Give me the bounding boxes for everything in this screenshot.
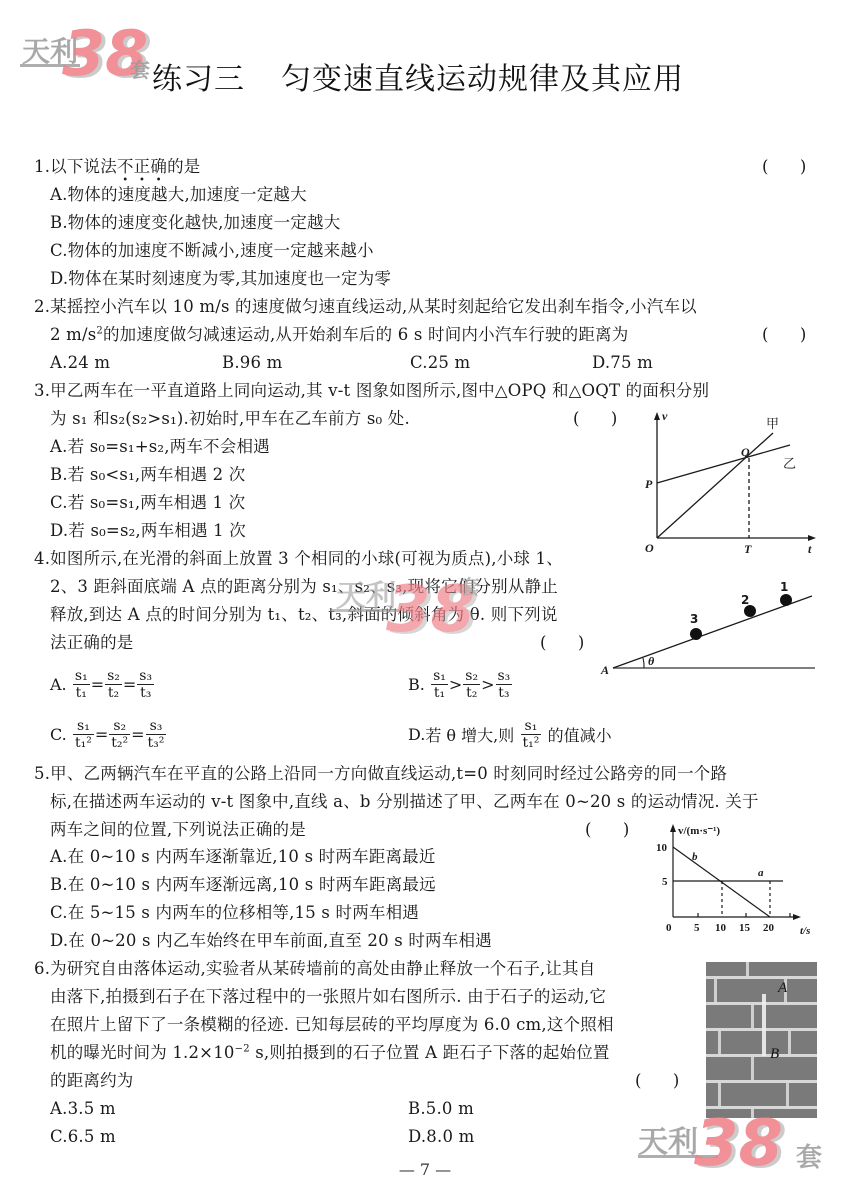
x-tick-5: 5 <box>694 922 700 934</box>
q5-option-c[interactable]: C.在 5~15 s 内两车的位移相等,15 s 时两车相遇 <box>50 903 419 923</box>
option-text: 若 s₀=s₂,两车相遇 1 次 <box>68 521 246 540</box>
fraction: s₃t₃ <box>496 668 513 701</box>
watermark-underline <box>20 64 80 67</box>
numerator: s₃ <box>137 668 154 685</box>
axis-label-v: v <box>662 409 668 423</box>
option-label: C. <box>410 353 428 372</box>
watermark-suffix: 套 <box>130 54 150 83</box>
q1-answer-blank[interactable]: ( ) <box>762 157 806 177</box>
q3-answer-blank[interactable]: ( ) <box>573 409 617 429</box>
q5-stem-line3: 两车之间的位置,下列说法正确的是 <box>50 820 306 840</box>
point-t: T <box>744 542 752 556</box>
q5-stem-line1: 5.甲、乙两辆汽车在平直的公路上沿同一方向做直线运动,t=0 时刻同时经过公路旁… <box>34 764 727 784</box>
option-label: A. <box>50 353 68 372</box>
page-number: — 7 — <box>365 1160 485 1179</box>
watermark-underline <box>638 1155 718 1158</box>
option-text: 若 s₀<s₁,两车相遇 2 次 <box>68 465 246 484</box>
option-label: D. <box>408 1127 426 1146</box>
q4-stem-line1: 4.如图所示,在光滑的斜面上放置 3 个相同的小球(可视为质点),小球 1、 <box>34 549 563 569</box>
fraction: s₃t₃ <box>137 668 154 701</box>
q4-option-d[interactable]: D.若 θ 增大,则 s₁t₁² 的值减小 <box>408 718 612 751</box>
y-tick-5: 5 <box>662 876 668 888</box>
q3-option-d[interactable]: D.若 s₀=s₂,两车相遇 1 次 <box>50 521 246 541</box>
numerator: s₂ <box>463 668 480 685</box>
denominator: t₃ <box>496 685 513 701</box>
option-label: B. <box>408 675 425 694</box>
point-q: Q <box>741 445 750 459</box>
denominator: t₁ <box>73 685 90 701</box>
q1-stem-pre: 以下说法 <box>50 157 117 176</box>
option-label: B. <box>222 353 240 372</box>
q2-option-b[interactable]: B.96 m <box>222 353 282 373</box>
q3-stem-text: 为 s₁ 和s₂(s₂>s₁).初始时,甲车在乙车前方 s₀ 处. <box>50 409 410 428</box>
relation: = <box>123 675 136 694</box>
option-text: 25 m <box>428 353 471 372</box>
q1-option-a[interactable]: A.物体的速度越大,加速度一定越大 <box>50 185 307 205</box>
option-text: 若 s₀=s₁,两车相遇 1 次 <box>68 493 246 512</box>
line-label-b: b <box>692 851 698 863</box>
option-label: C. <box>50 1127 68 1146</box>
q4-stem-text: 法正确的是 <box>50 633 134 652</box>
q3-option-b[interactable]: B.若 s₀<s₁,两车相遇 2 次 <box>50 465 245 485</box>
q6-stem-text: 的距离约为 <box>50 1071 134 1090</box>
option-label: D. <box>408 725 425 744</box>
watermark-bottom: 天利 38 套 <box>638 1105 838 1195</box>
q6-stem-line1: 6.为研究自由落体运动,实验者从某砖墙前的高处由静止释放一个石子,让其自 <box>34 959 595 979</box>
option-text: 物体的速度变化越快,加速度一定越大 <box>68 213 341 232</box>
option-label: A. <box>50 185 68 204</box>
q3-stem-line2: 为 s₁ 和s₂(s₂>s₁).初始时,甲车在乙车前方 s₀ 处. <box>50 409 410 429</box>
q2-option-c[interactable]: C.25 m <box>410 353 470 373</box>
q1-option-c[interactable]: C.物体的加速度不断减小,速度一定越来越小 <box>50 241 374 261</box>
option-label: B. <box>408 1099 426 1118</box>
watermark-suffix: 套 <box>796 1137 822 1174</box>
q6-option-c[interactable]: C.6.5 m <box>50 1127 116 1147</box>
fraction: s₂t₂ <box>463 668 480 701</box>
option-label: A. <box>50 1099 68 1118</box>
q6-stem-line3: 在照片上留下了一条模糊的径迹. 已知每层砖的平均厚度为 6.0 cm,这个照相 <box>50 1015 614 1035</box>
fraction: s₁t₁ <box>431 668 448 701</box>
q4-stem-text: 2、3 距斜面底端 A 点的距离分别为 s₁、s₂、s₃,现将它们分别从静止 <box>50 577 558 596</box>
q5-vt-graph: v/(m·s⁻¹) t/s 10 5 0 5 10 15 20 a b <box>650 818 830 940</box>
denominator: t₂ <box>463 685 480 701</box>
option-text: 物体在某时刻速度为零,其加速度也一定为零 <box>68 269 391 288</box>
point-o: O <box>645 541 654 555</box>
q2-option-d[interactable]: D.75 m <box>592 353 653 373</box>
watermark-number: 38 <box>62 14 148 94</box>
option-text: 75 m <box>610 353 653 372</box>
option-label: D. <box>592 353 610 372</box>
q5-option-b[interactable]: B.在 0~10 s 内两车逐渐远离,10 s 时两车距离最远 <box>50 875 436 895</box>
q4-stem-line4: 法正确的是 <box>50 633 134 653</box>
relation: = <box>131 725 144 744</box>
q5-stem-text: 甲、乙两辆汽车在平直的公路上沿同一方向做直线运动,t=0 时刻同时经过公路旁的同… <box>50 764 727 783</box>
q4-stem-text: 如图所示,在光滑的斜面上放置 3 个相同的小球(可视为质点),小球 1、 <box>50 549 563 568</box>
option-label: C. <box>50 725 67 744</box>
q4-option-b[interactable]: B. s₁t₁>s₂t₂>s₃t₃ <box>408 668 513 701</box>
q6-stem-text: s,则拍摄到的石子位置 A 距石子下落的起始位置 <box>250 1043 610 1062</box>
q4-stem-text: 释放,到达 A 点的时间分别为 t₁、t₂、t₃,斜面的倾斜角为 θ. 则下列说 <box>50 605 558 624</box>
denominator: t₁² <box>521 735 542 751</box>
q6-option-d[interactable]: D.8.0 m <box>408 1127 474 1147</box>
angle-theta: θ <box>648 654 655 668</box>
q3-number: 3. <box>34 381 50 400</box>
photo-label-a: A <box>778 980 787 997</box>
relation: > <box>481 675 494 694</box>
q6-stem-line2: 由落下,拍摄到石子在下落过程中的一张照片如右图所示. 由于石子的运动,它 <box>50 987 606 1007</box>
q6-stem-text: 机的曝光时间为 1.2×10 <box>50 1043 235 1062</box>
option-label: B. <box>50 213 68 232</box>
q1-stem: 1.以下说法不正确的是 <box>34 157 200 177</box>
brick-wall-photo: A B <box>706 962 817 1118</box>
x-tick-0: 0 <box>666 922 672 934</box>
q5-option-d[interactable]: D.在 0~20 s 内乙车始终在甲车前面,直至 20 s 时两车相遇 <box>50 931 492 951</box>
watermark-top: 天利 38 套 <box>20 14 140 104</box>
watermark-brand: 天利 <box>638 1117 698 1161</box>
q3-option-a[interactable]: A.若 s₀=s₁+s₂,两车不会相遇 <box>50 437 270 457</box>
denominator: t₂ <box>105 685 122 701</box>
t-axis-arrow-icon <box>793 914 801 920</box>
q4-number: 4. <box>34 549 50 568</box>
q2-stem-line1: 2.某摇控小汽车以 10 m/s 的速度做匀速直线运动,从某时刻起给它发出刹车指… <box>34 297 697 317</box>
numerator: s₃ <box>146 718 167 735</box>
option-label: C. <box>50 241 68 260</box>
ball-label-3: 3 <box>690 612 698 626</box>
q4-option-c[interactable]: C. s₁t₁²=s₂t₂²=s₃t₃² <box>50 718 167 751</box>
option-text: 物体的速度越大,加速度一定越大 <box>68 185 307 204</box>
title-prefix: 练习三 <box>152 62 245 97</box>
q6-answer-blank[interactable]: ( ) <box>635 1071 679 1091</box>
watermark-brand: 天利 <box>22 30 78 70</box>
axis-label-t: t <box>808 542 812 556</box>
y-tick-10: 10 <box>656 842 668 854</box>
line-label-yi: 乙 <box>783 457 796 472</box>
option-text: 3.5 m <box>68 1099 116 1118</box>
q5-stem-text: 两车之间的位置,下列说法正确的是 <box>50 820 306 839</box>
denominator: t₃ <box>137 685 154 701</box>
q6-option-a[interactable]: A.3.5 m <box>50 1099 116 1119</box>
q1-stem-post: 的是 <box>167 157 200 176</box>
relation: = <box>95 725 108 744</box>
option-text: 96 m <box>240 353 283 372</box>
q2-option-a[interactable]: A.24 m <box>50 353 110 373</box>
q1-option-d[interactable]: D.物体在某时刻速度为零,其加速度也一定为零 <box>50 269 391 289</box>
x-tick-10: 10 <box>715 922 727 934</box>
page-title: 练习三匀变速直线运动规律及其应用 <box>152 62 684 98</box>
y-axis-label: v/(m·s⁻¹) <box>678 825 720 837</box>
fraction: s₁t₁² <box>73 718 94 751</box>
emphasis-char: 正 <box>134 157 151 176</box>
q6-stem-line5: 的距离约为 <box>50 1071 134 1091</box>
q4-answer-blank[interactable]: ( ) <box>540 633 584 653</box>
q6-option-b[interactable]: B.5.0 m <box>408 1099 474 1119</box>
option-label: B. <box>50 465 68 484</box>
q4-incline-diagram: 3 2 1 A θ <box>590 570 830 685</box>
numerator: s₂ <box>105 668 122 685</box>
option-label: A. <box>50 437 68 456</box>
option-text: 24 m <box>68 353 111 372</box>
q3-stem-text: 甲乙两车在一平直道路上同向运动,其 v-t 图象如图所示,图中△OPQ 和△OQ… <box>50 381 709 400</box>
option-text: 若 θ 增大,则 <box>425 723 514 746</box>
t-axis-arrow-icon <box>808 535 816 541</box>
option-label: B. <box>50 875 68 894</box>
ball-label-2: 2 <box>741 593 749 607</box>
option-text: 在 0~10 s 内两车逐渐远离,10 s 时两车距离最远 <box>68 875 436 894</box>
denominator: t₁² <box>73 735 94 751</box>
option-text: 的值减小 <box>548 723 612 746</box>
numerator: s₁ <box>431 668 448 685</box>
q2-number: 2. <box>34 297 50 316</box>
line-label-a: a <box>758 867 764 879</box>
option-text: 若 s₀=s₁+s₂,两车不会相遇 <box>68 437 270 456</box>
q3-stem-line1: 3.甲乙两车在一平直道路上同向运动,其 v-t 图象如图所示,图中△OPQ 和△… <box>34 381 709 401</box>
q4-stem-line2: 2、3 距斜面底端 A 点的距离分别为 s₁、s₂、s₃,现将它们分别从静止 <box>50 577 558 597</box>
q6-number: 6. <box>34 959 50 978</box>
q3-vt-graph: v t O P Q T 甲 乙 <box>630 405 830 565</box>
q2-answer-blank[interactable]: ( ) <box>762 325 806 345</box>
fraction: s₃t₃² <box>146 718 167 751</box>
emphasis-char: 不 <box>117 157 134 176</box>
q6-stem-text: 为研究自由落体运动,实验者从某砖墙前的高处由静止释放一个石子,让其自 <box>50 959 595 978</box>
option-label: D. <box>50 521 68 540</box>
denominator: t₂² <box>109 735 130 751</box>
q5-number: 5. <box>34 764 50 783</box>
numerator: s₁ <box>521 718 542 735</box>
option-label: D. <box>50 931 68 950</box>
q5-stem-text: 标,在描述两车运动的 v-t 图象中,直线 a、b 分别描述了甲、乙两车在 0~… <box>50 792 759 811</box>
v-axis-arrow-icon <box>670 824 676 832</box>
v-axis-arrow-icon <box>654 412 660 420</box>
ball-3 <box>690 628 702 640</box>
option-text: 8.0 m <box>426 1127 474 1146</box>
relation: = <box>91 675 104 694</box>
fraction: s₂t₂² <box>109 718 130 751</box>
option-text: 在 0~10 s 内两车逐渐靠近,10 s 时两车距离最近 <box>68 847 436 866</box>
q4-option-a[interactable]: A. s₁t₁=s₂t₂=s₃t₃ <box>50 668 155 701</box>
option-label: C. <box>50 493 68 512</box>
photo-label-b: B <box>770 1046 779 1063</box>
q6-stem-text: 在照片上留下了一条模糊的径迹. 已知每层砖的平均厚度为 6.0 cm,这个照相 <box>50 1015 614 1034</box>
title-main: 匀变速直线运动规律及其应用 <box>281 62 684 97</box>
q5-stem-line2: 标,在描述两车运动的 v-t 图象中,直线 a、b 分别描述了甲、乙两车在 0~… <box>50 792 759 812</box>
q6-stem-text: 由落下,拍摄到石子在下落过程中的一张照片如右图所示. 由于石子的运动,它 <box>50 987 606 1006</box>
q5-answer-blank[interactable]: ( ) <box>585 820 629 840</box>
point-p: P <box>645 477 653 491</box>
x-axis-label: t/s <box>800 925 810 937</box>
q2-unit: 2 m/s <box>50 325 96 344</box>
x-tick-15: 15 <box>739 922 751 934</box>
option-text: 6.5 m <box>68 1127 116 1146</box>
option-text: 5.0 m <box>426 1099 474 1118</box>
q6-exponent: −2 <box>235 1044 250 1055</box>
q1-option-b[interactable]: B.物体的速度变化越快,加速度一定越大 <box>50 213 340 233</box>
denominator: t₃² <box>146 735 167 751</box>
option-label: D. <box>50 269 68 288</box>
option-label: A. <box>50 847 68 866</box>
stone-blur-trail <box>762 994 766 1056</box>
denominator: t₁ <box>431 685 448 701</box>
point-a: A <box>600 663 609 677</box>
ball-label-1: 1 <box>780 580 788 594</box>
fraction: s₁t₁² <box>521 718 542 751</box>
option-label: A. <box>50 675 67 694</box>
option-text: 物体的加速度不断减小,速度一定越来越小 <box>68 241 374 260</box>
q6-stem-line4: 机的曝光时间为 1.2×10−2 s,则拍摄到的石子位置 A 距石子下落的起始位… <box>50 1043 610 1063</box>
q3-option-c[interactable]: C.若 s₀=s₁,两车相遇 1 次 <box>50 493 245 513</box>
q2-stem-line2: 2 m/s2的加速度做匀减速运动,从开始刹车后的 6 s 时间内小汽车行驶的距离… <box>50 325 628 345</box>
emphasis-char: 确 <box>150 157 167 176</box>
option-label: C. <box>50 903 68 922</box>
q1-number: 1. <box>34 157 50 176</box>
q4-stem-line3: 释放,到达 A 点的时间分别为 t₁、t₂、t₃,斜面的倾斜角为 θ. 则下列说 <box>50 605 558 625</box>
q2-stem-text: 的加速度做匀减速运动,从开始刹车后的 6 s 时间内小汽车行驶的距离为 <box>103 325 628 344</box>
numerator: s₁ <box>73 718 94 735</box>
fraction: s₁t₁ <box>73 668 90 701</box>
fraction: s₂t₂ <box>105 668 122 701</box>
ball-1 <box>780 594 792 606</box>
q2-stem-text: 某摇控小汽车以 10 m/s 的速度做匀速直线运动,从某时刻起给它发出刹车指令,… <box>50 297 697 316</box>
option-text: 在 5~15 s 内两车的位移相等,15 s 时两车相遇 <box>68 903 419 922</box>
numerator: s₁ <box>73 668 90 685</box>
q5-option-a[interactable]: A.在 0~10 s 内两车逐渐靠近,10 s 时两车距离最近 <box>50 847 436 867</box>
line-label-jia: 甲 <box>766 417 779 432</box>
option-text: 在 0~20 s 内乙车始终在甲车前面,直至 20 s 时两车相遇 <box>68 931 492 950</box>
x-tick-20: 20 <box>763 922 775 934</box>
numerator: s₃ <box>496 668 513 685</box>
relation: > <box>449 675 462 694</box>
numerator: s₂ <box>109 718 130 735</box>
